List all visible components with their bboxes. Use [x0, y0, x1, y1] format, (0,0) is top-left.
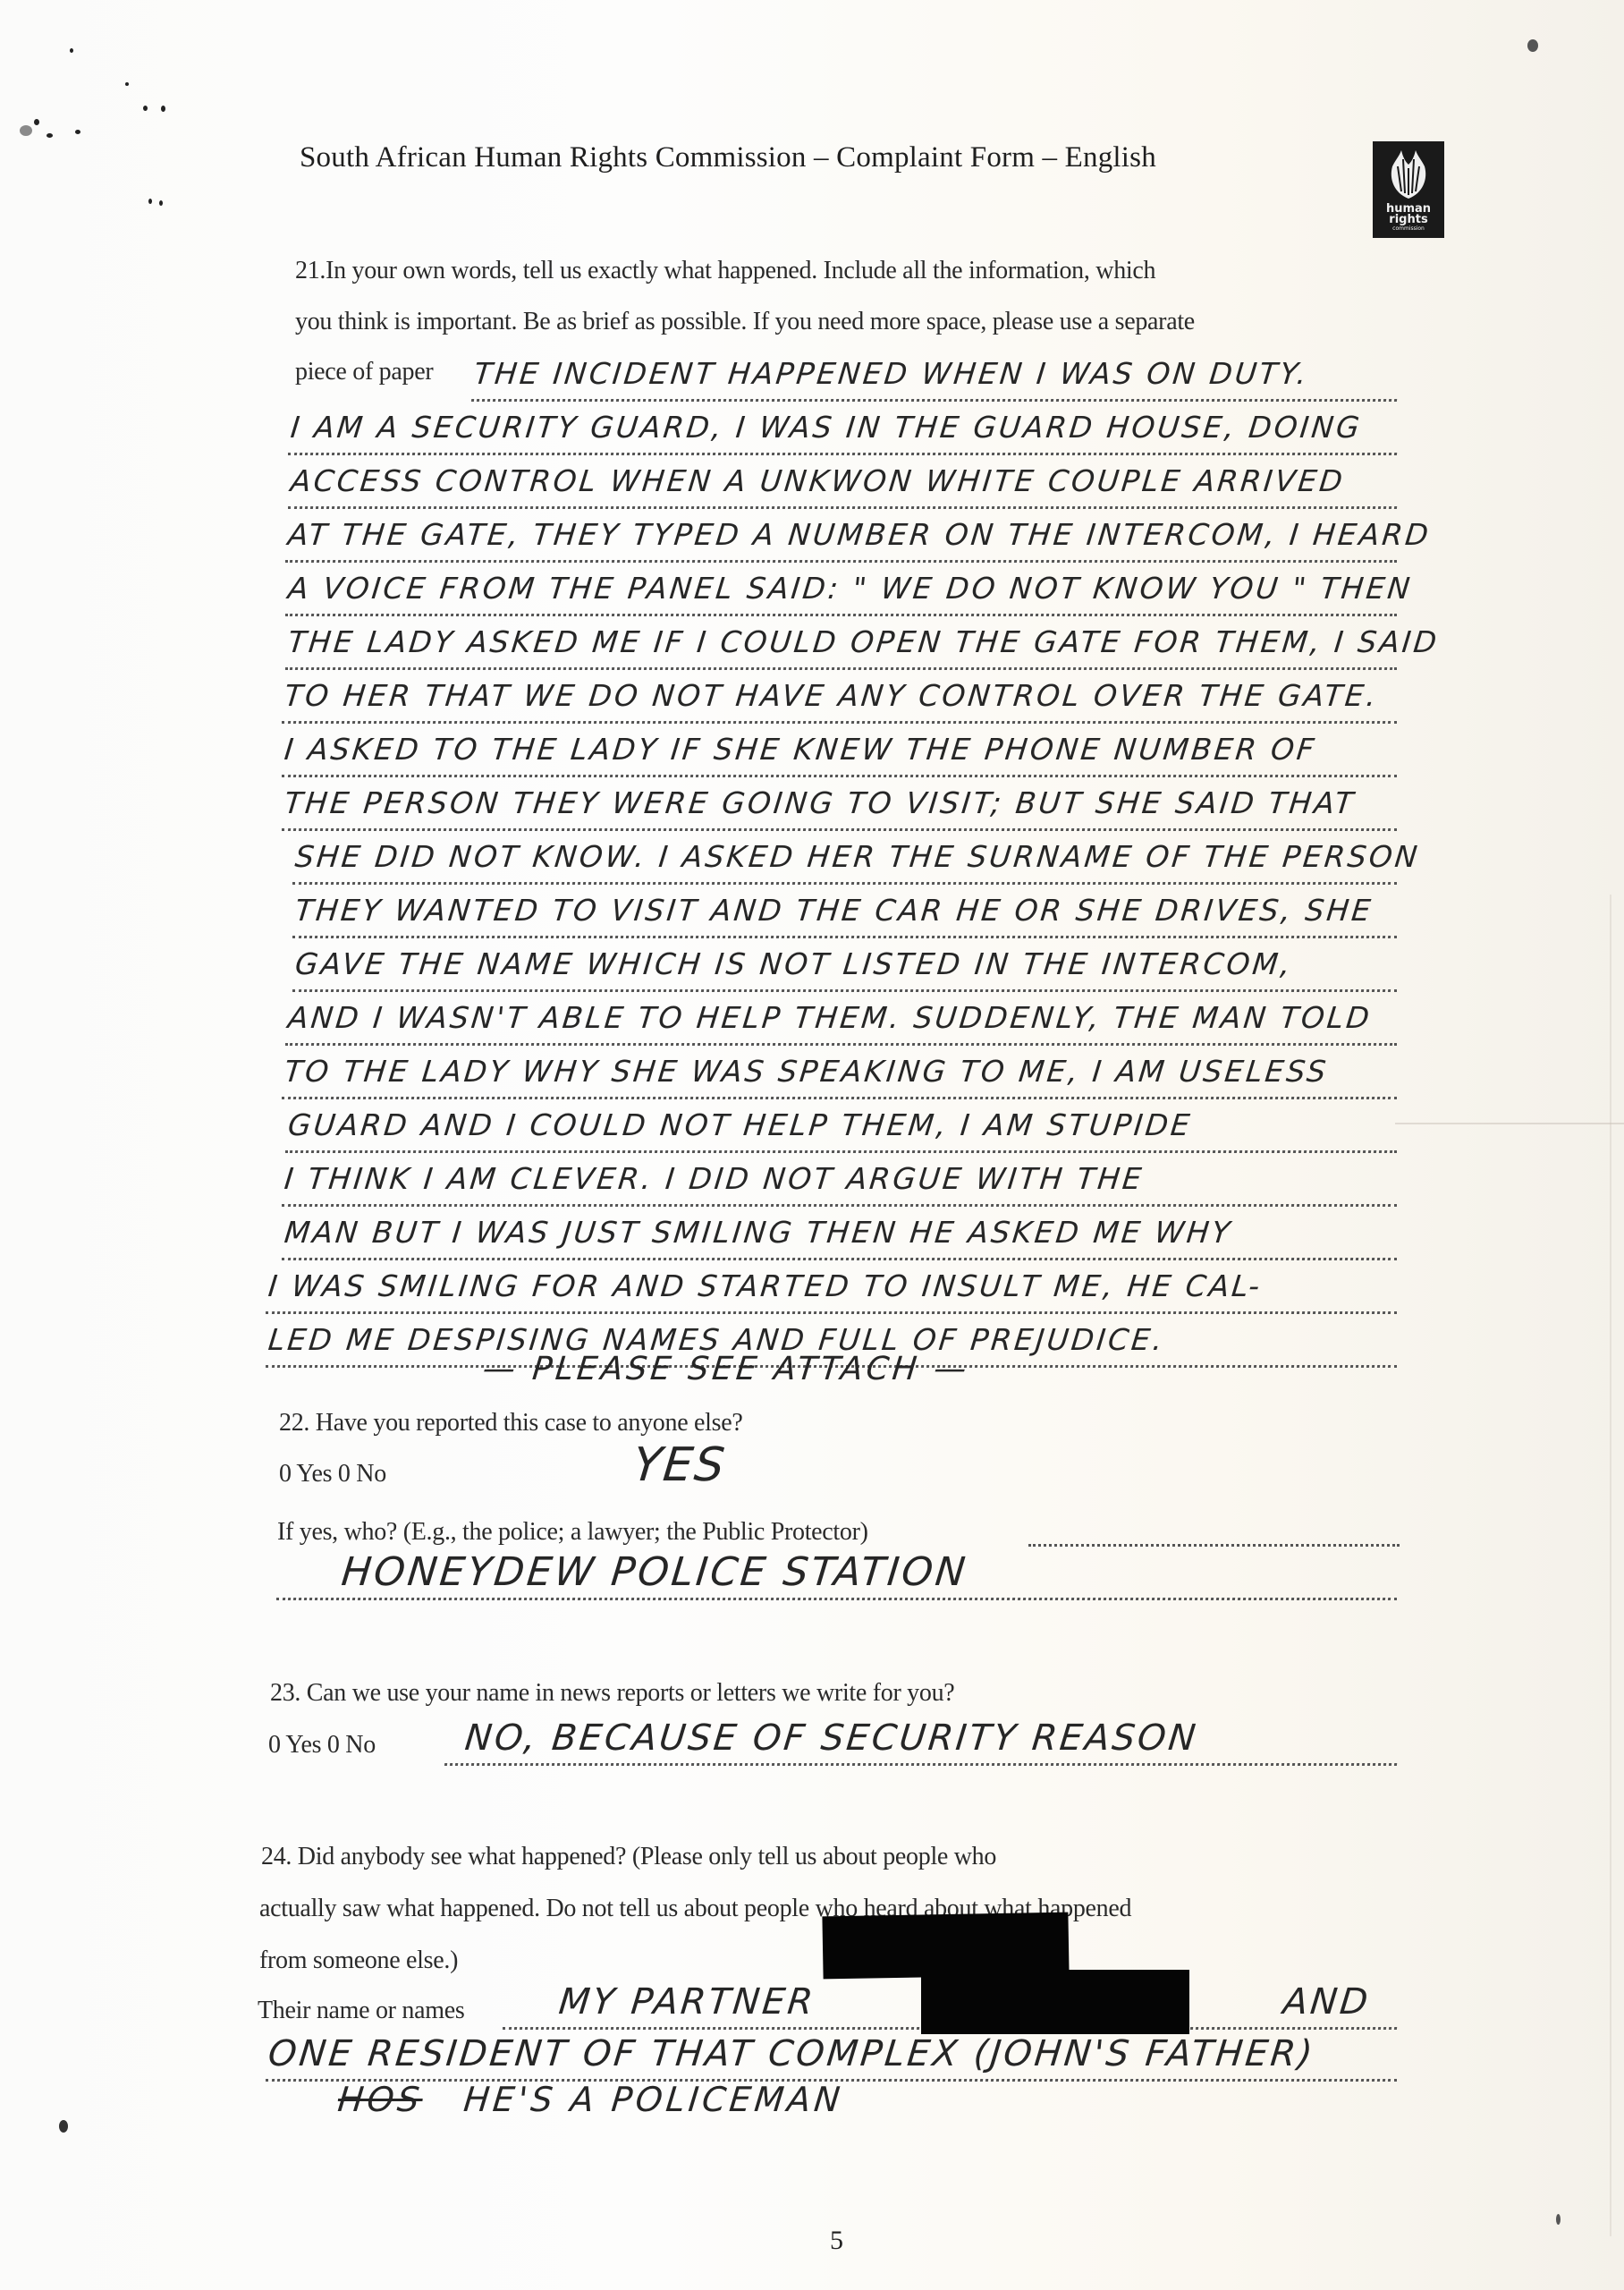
q21-answer-line[interactable]: I THINK I AM CLEVER. I DID NOT ARGUE WIT… [282, 1154, 1402, 1207]
page-number: 5 [830, 2226, 843, 2256]
q24-answer-line1-before: MY PARTNER [557, 1981, 817, 2023]
ink-speck [75, 130, 80, 134]
q23-answer-text: NO, BECAUSE OF SECURITY REASON [463, 1717, 1200, 1759]
q21-answer-line[interactable]: THE LADY ASKED ME IF I COULD OPEN THE GA… [285, 617, 1402, 670]
q21-answer-line[interactable]: TO THE LADY WHY SHE WAS SPEAKING TO ME, … [282, 1047, 1402, 1099]
q21-answer-line[interactable]: THEY WANTED TO VISIT AND THE CAR HE OR S… [292, 886, 1402, 938]
q23-prompt: 23. Can we use your name in news reports… [270, 1679, 954, 1708]
q24-answer-line2[interactable]: ONE RESIDENT OF THAT COMPLEX (JOHN'S FAT… [266, 2029, 1402, 2082]
ink-speck [1527, 39, 1538, 52]
ink-speck [59, 2120, 68, 2133]
q23-answer[interactable]: NO, BECAUSE OF SECURITY REASON [444, 1713, 1402, 1766]
q21-answer-line[interactable]: MAN BUT I WAS JUST SMILING THEN HE ASKED… [282, 1208, 1402, 1260]
q21-attach-note: — PLEASE SEE ATTACH — [481, 1351, 972, 1387]
ink-speck [159, 200, 163, 206]
q21-answer-line[interactable]: GUARD AND I COULD NOT HELP THEM, I AM ST… [285, 1100, 1402, 1153]
q21-answer-line[interactable]: GAVE THE NAME WHICH IS NOT LISTED IN THE… [292, 939, 1402, 992]
q24-answer-line2-text: ONE RESIDENT OF THAT COMPLEX (JOHN'S FAT… [266, 2033, 1317, 2074]
ink-speck [143, 106, 148, 111]
q24-answer-line3-text: HE'S A POLICEMAN [461, 2080, 845, 2119]
ink-speck [1556, 2214, 1561, 2225]
paper-fold-crease [1395, 1123, 1624, 1124]
ink-speck [148, 199, 152, 204]
sahrc-logo: human rights commission [1373, 141, 1444, 238]
q21-answer-line[interactable]: AT THE GATE, THEY TYPED A NUMBER ON THE … [285, 510, 1402, 563]
q23-yes-no-options[interactable]: 0 Yes 0 No [268, 1731, 376, 1760]
q21-answer-line[interactable]: A VOICE FROM THE PANEL SAID: " WE DO NOT… [285, 564, 1402, 616]
q21-answer-line[interactable]: I AM A SECURITY GUARD, I WAS IN THE GUAR… [288, 403, 1402, 455]
q22-followup-answer-text: HONEYDEW POLICE STATION [340, 1549, 970, 1595]
q24-names-label: Their name or names [258, 1997, 464, 2025]
paper-edge-shadow [1610, 895, 1611, 2236]
q22-followup-answer[interactable]: HONEYDEW POLICE STATION [276, 1548, 1402, 1600]
ink-speck [47, 133, 53, 138]
q21-answer-line[interactable]: SHE DID NOT KNOW. I ASKED HER THE SURNAM… [292, 832, 1402, 885]
q21-answer-line[interactable]: THE INCIDENT HAPPENED WHEN I WAS ON DUTY… [471, 349, 1402, 402]
q22-prompt: 22. Have you reported this case to anyon… [279, 1409, 743, 1438]
q24-answer-line1-after: AND [1281, 1981, 1373, 2023]
ink-speck [34, 119, 39, 125]
q22-followup-prompt-dotline [1028, 1544, 1400, 1547]
q22-yes-no-options[interactable]: 0 Yes 0 No [279, 1460, 386, 1488]
q24-struck-word: HOS [336, 2080, 425, 2119]
q21-answer-line[interactable]: AND I WASN'T ABLE TO HELP THEM. SUDDENLY… [285, 993, 1402, 1046]
q21-answer-line[interactable]: THE PERSON THEY WERE GOING TO VISIT; BUT… [282, 778, 1402, 831]
q21-answer-line[interactable]: I ASKED TO THE LADY IF SHE KNEW THE PHON… [282, 725, 1402, 777]
q24-prompt-line3: from someone else.) [259, 1946, 458, 1975]
ink-speck [125, 82, 129, 86]
ink-speck [161, 106, 165, 112]
logo-wordmark: human rights commission [1386, 204, 1431, 233]
redaction-block [921, 1970, 1189, 2034]
q21-prompt-line3: piece of paper [295, 358, 433, 386]
q21-answer-line[interactable]: TO HER THAT WE DO NOT HAVE ANY CONTROL O… [282, 671, 1402, 724]
q24-answer-line3: HOS HE'S A POLICEMAN [336, 2080, 846, 2119]
q21-answer-line[interactable]: I WAS SMILING FOR AND STARTED TO INSULT … [266, 1261, 1402, 1314]
protea-flower-icon [1385, 148, 1432, 202]
ink-speck [20, 125, 32, 136]
q22-answer[interactable]: YES [630, 1438, 729, 1492]
q22-followup-prompt: If yes, who? (E.g., the police; a lawyer… [277, 1518, 868, 1547]
form-header-title: South African Human Rights Commission – … [300, 141, 1156, 174]
q21-prompt-line2: you think is important. Be as brief as p… [295, 308, 1195, 336]
q21-prompt-line1: 21.In your own words, tell us exactly wh… [295, 257, 1155, 285]
q21-answer-line[interactable]: ACCESS CONTROL WHEN A UNKWON WHITE COUPL… [288, 456, 1402, 509]
q24-prompt-line1: 24. Did anybody see what happened? (Plea… [261, 1843, 996, 1871]
ink-speck [70, 48, 73, 53]
